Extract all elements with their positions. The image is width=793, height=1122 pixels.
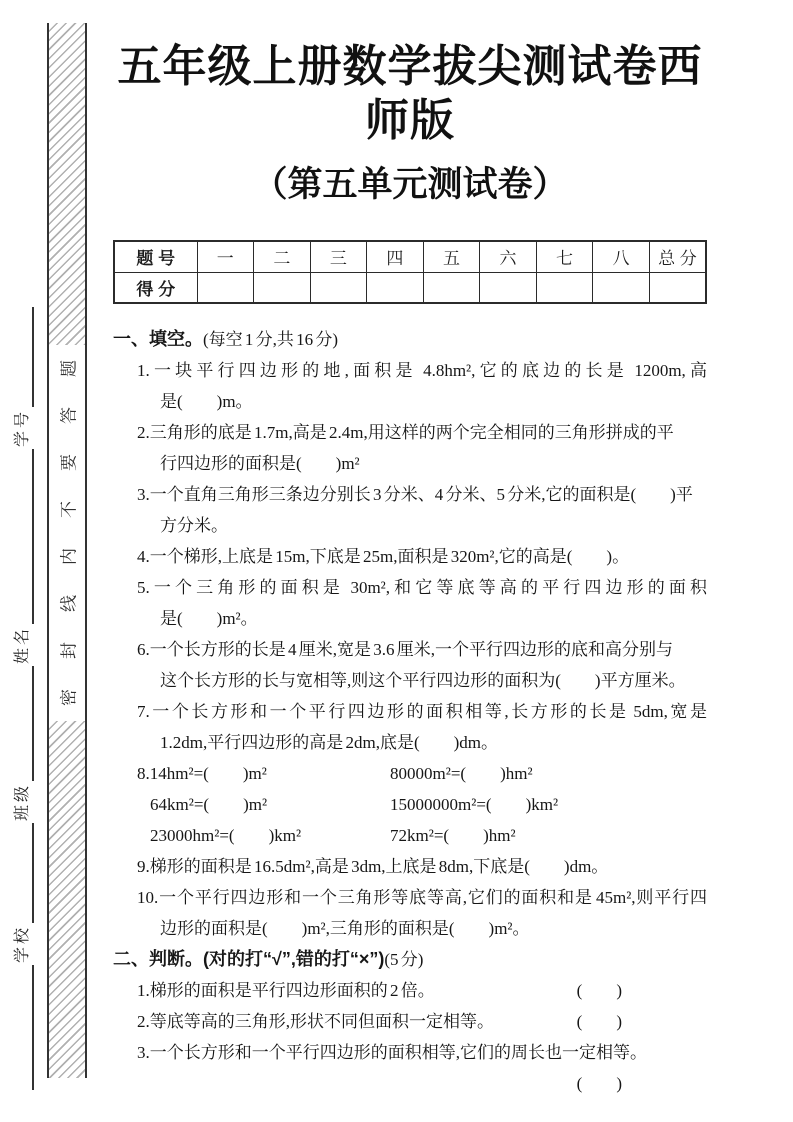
field-label: 姓名 [9, 624, 32, 666]
section-heading-bold: 二、判断。(对的打“√”,错的打“×”) [113, 949, 384, 969]
question-line: 行四边形的面积是( )m² [113, 448, 707, 479]
field-blank-line [32, 965, 34, 1090]
conversion-left: 8.14hm²=( )m² [137, 758, 390, 789]
score-col-header: 四 [367, 241, 424, 272]
seal-text-column: 题答要不内线封密 [49, 345, 85, 721]
field-label: 学号 [9, 407, 32, 449]
question-line: 是( )m。 [113, 386, 707, 417]
exam-title: 五年级上册数学拔尖测试卷西师版 [113, 40, 707, 148]
exam-main-column: 五年级上册数学拔尖测试卷西师版 （第五单元测试卷） 题 号一二三四五六七八总 分… [113, 0, 707, 1099]
score-cell-empty [480, 272, 537, 303]
seal-char: 答 [44, 398, 91, 434]
question-line: 4.一个梯形,上底是 15m,下底是 25m,面积是 320m²,它的高是( )… [113, 541, 707, 572]
judge-question-line: 1.梯形的面积是平行四边形面积的 2 倍。( ) [113, 975, 707, 1006]
score-table-header-row: 题 号一二三四五六七八总 分 [114, 241, 706, 272]
score-cell-empty [593, 272, 650, 303]
answer-bracket: ( ) [577, 1006, 622, 1037]
judge-question-text: 1.梯形的面积是平行四边形面积的 2 倍。 [137, 975, 435, 1006]
seal-char: 不 [44, 492, 91, 528]
score-cell-empty [197, 272, 254, 303]
seal-line-strip: 题答要不内线封密 [47, 23, 87, 1078]
student-info-fields: 学校班级姓名学号 [0, 150, 40, 1090]
score-col-header: 七 [536, 241, 593, 272]
conversion-left: 64km²=( )m² [137, 789, 390, 820]
question-line: 1.一块平行四边形的地,面积是 4.8hm²,它的底边的长是 1200m,高 [113, 355, 707, 386]
question-line: 3.一个直角三角形三条边分别长 3 分米、4 分米、5 分米,它的面积是( )平 [113, 479, 707, 510]
answer-bracket: ( ) [577, 1074, 622, 1093]
question-line: 5.一个三角形的面积是 30m²,和它等底等高的平行四边形的面积 [113, 572, 707, 603]
conversion-right: 80000m²=( )hm² [390, 758, 707, 789]
judge-question-line: 2.等底等高的三角形,形状不同但面积一定相等。( ) [113, 1006, 707, 1037]
question-line: 这个长方形的长与宽相等,则这个平行四边形的面积为( )平方厘米。 [113, 665, 707, 696]
score-col-header: 一 [197, 241, 254, 272]
field-blank-line [32, 823, 34, 923]
score-row-label: 得 分 [114, 272, 197, 303]
seal-char: 内 [44, 539, 91, 575]
field-blank-line [32, 666, 34, 781]
score-cell-empty [536, 272, 593, 303]
conversion-right: 15000000m²=( )km² [390, 789, 707, 820]
seal-char: 封 [44, 633, 91, 669]
field-label: 学校 [9, 923, 32, 965]
score-col-label: 题 号 [114, 241, 197, 272]
question-line: 边形的面积是( )m²,三角形的面积是( )m²。 [113, 913, 707, 944]
exam-body: 一、填空。(每空 1 分,共 16 分)1.一块平行四边形的地,面积是 4.8h… [113, 324, 707, 1099]
score-table-score-row: 得 分 [114, 272, 706, 303]
conversion-row: 23000hm²=( )km²72km²=( )hm² [113, 820, 707, 851]
question-line: 1.2dm,平行四边形的高是 2dm,底是( )dm。 [113, 727, 707, 758]
score-cell-empty [423, 272, 480, 303]
score-cell-empty [254, 272, 311, 303]
score-table: 题 号一二三四五六七八总 分 得 分 [113, 240, 707, 304]
seal-char: 密 [44, 680, 91, 716]
section-heading: 二、判断。(对的打“√”,错的打“×”)(5 分) [113, 944, 707, 975]
exam-subtitle: （第五单元测试卷） [113, 162, 707, 208]
exam-paper-page: 学校班级姓名学号 题答要不内线封密 五年级上册数学拔尖测试卷西师版 （第五单元测… [0, 0, 793, 1122]
answer-bracket-line: ( ) [113, 1068, 707, 1099]
score-cell-empty [310, 272, 367, 303]
field-blank-line [32, 449, 34, 624]
question-line: 2.三角形的底是 1.7m,高是 2.4m,用这样的两个完全相同的三角形拼成的平 [113, 417, 707, 448]
seal-hatching-top [49, 23, 85, 345]
conversion-row: 64km²=( )m²15000000m²=( )km² [113, 789, 707, 820]
seal-hatching-bottom [49, 721, 85, 1078]
score-col-header: 六 [480, 241, 537, 272]
judge-question-text: 2.等底等高的三角形,形状不同但面积一定相等。 [137, 1006, 494, 1037]
question-line: 3.一个长方形和一个平行四边形的面积相等,它们的周长也一定相等。 [113, 1037, 707, 1068]
score-col-header: 五 [423, 241, 480, 272]
score-col-header: 三 [310, 241, 367, 272]
question-line: 9.梯形的面积是 16.5dm²,高是 3dm,上底是 8dm,下底是( )dm… [113, 851, 707, 882]
section-heading: 一、填空。(每空 1 分,共 16 分) [113, 324, 707, 355]
question-line: 7.一个长方形和一个平行四边形的面积相等,长方形的长是 5dm,宽是 [113, 696, 707, 727]
field-label: 班级 [9, 781, 32, 823]
question-line: 是( )m²。 [113, 603, 707, 634]
question-line: 6.一个长方形的长是 4 厘米,宽是 3.6 厘米,一个平行四边形的底和高分别与 [113, 634, 707, 665]
seal-char: 要 [44, 445, 91, 481]
score-col-header: 二 [254, 241, 311, 272]
section-heading-bold: 一、填空。 [113, 329, 203, 349]
conversion-right: 72km²=( )hm² [390, 820, 707, 851]
seal-char: 题 [44, 351, 91, 387]
score-cell-empty [367, 272, 424, 303]
seal-char: 线 [44, 586, 91, 622]
section-heading-note: (每空 1 分,共 16 分) [203, 330, 338, 349]
question-line: 10.一个平行四边形和一个三角形等底等高,它们的面积和是 45m²,则平行四 [113, 882, 707, 913]
score-cell-empty [649, 272, 706, 303]
score-col-header: 八 [593, 241, 650, 272]
answer-bracket: ( ) [577, 975, 622, 1006]
conversion-left: 23000hm²=( )km² [137, 820, 390, 851]
field-blank-line [32, 307, 34, 407]
question-line: 方分米。 [113, 510, 707, 541]
conversion-row: 8.14hm²=( )m²80000m²=( )hm² [113, 758, 707, 789]
score-col-header: 总 分 [649, 241, 706, 272]
section-heading-note: (5 分) [384, 950, 423, 969]
